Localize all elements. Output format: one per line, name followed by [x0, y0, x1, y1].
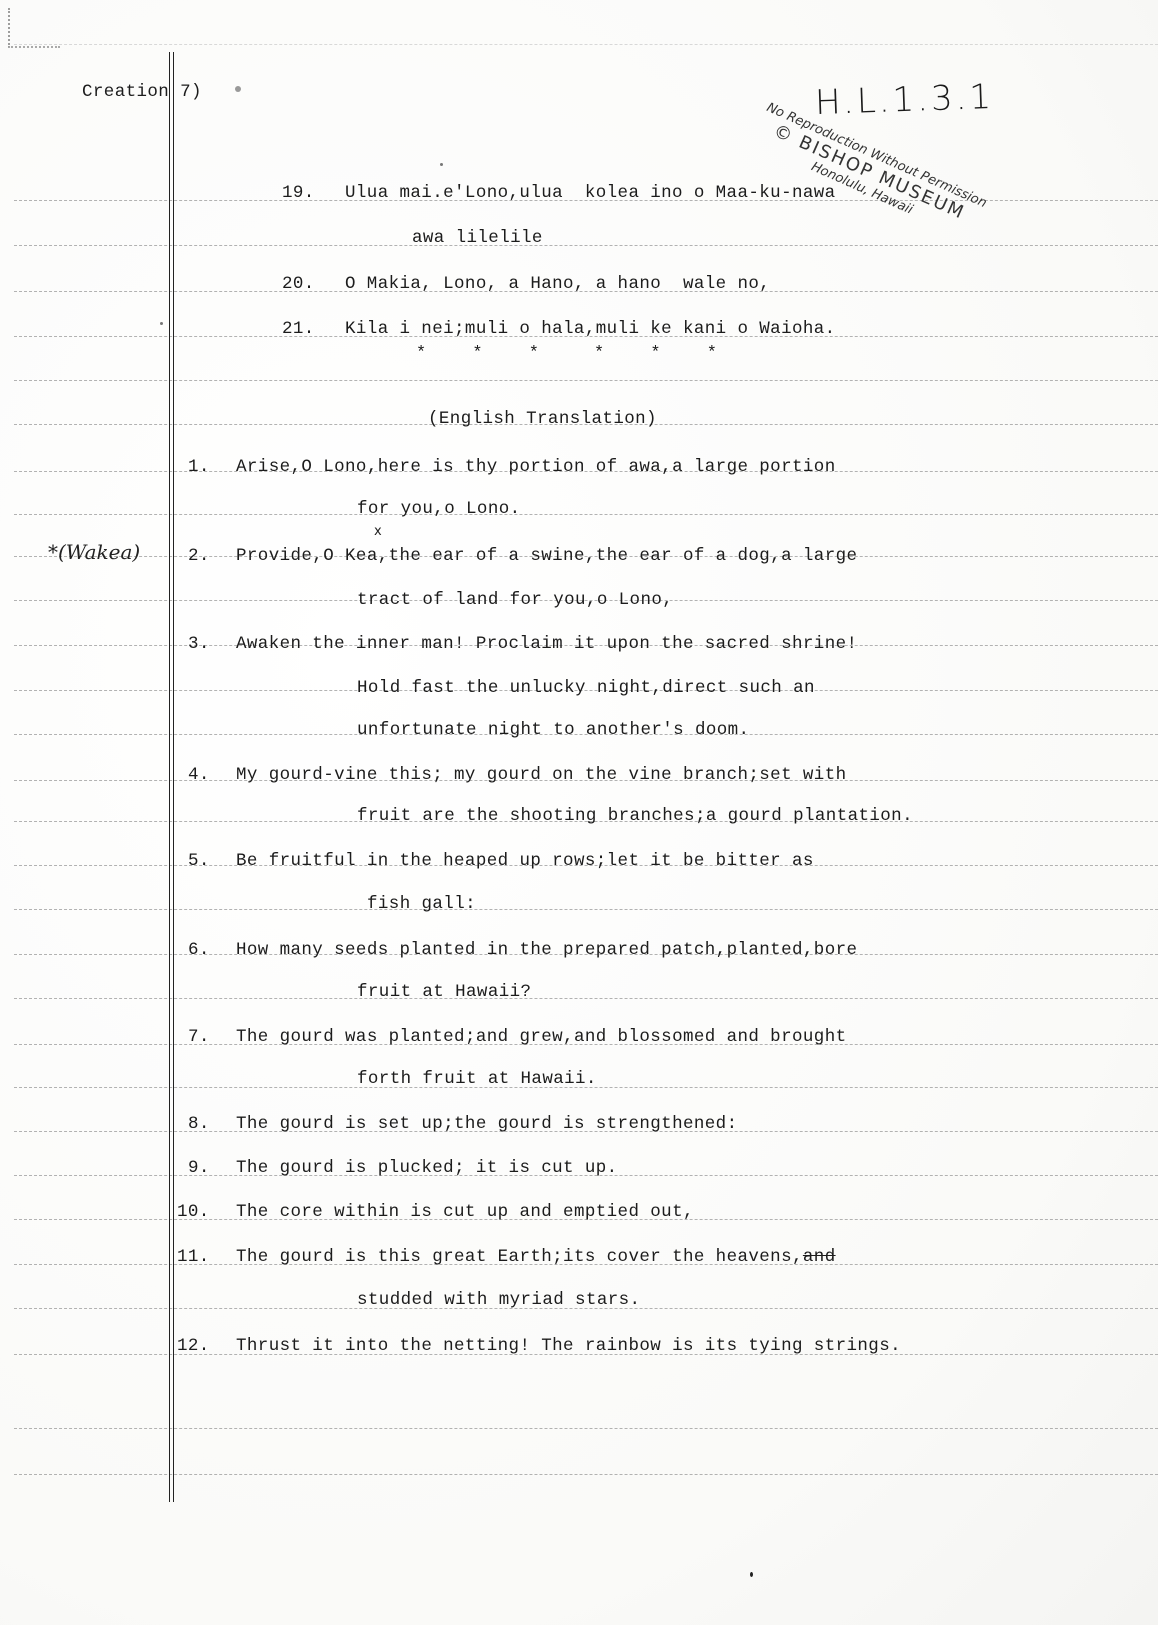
- verse-line: tract of land for you,o Lono,: [357, 590, 673, 610]
- verse-number: 1.: [188, 457, 210, 477]
- verse-line: My gourd-vine this; my gourd on the vine…: [236, 765, 847, 785]
- verse-line: Ulua mai.e'Lono,ulua kolea ino o Maa-ku-…: [345, 183, 836, 203]
- verse-line: Awaken the inner man! Proclaim it upon t…: [236, 634, 857, 654]
- verse-line: The gourd was planted;and grew,and bloss…: [236, 1027, 847, 1047]
- catalog-reference: H.L.1.3.1: [814, 77, 994, 123]
- ruled-line: [14, 514, 1158, 515]
- scan-corner-mark: [8, 8, 60, 48]
- stamp-line-2: © BISHOP MUSEUM: [755, 114, 983, 231]
- ruled-line: [14, 1474, 1158, 1475]
- verse-line: studded with myriad stars.: [357, 1290, 640, 1310]
- verse-line: O Makia, Lono, a Hano, a hano wale no,: [345, 274, 770, 294]
- verse-line: unfortunate night to another's doom.: [357, 720, 749, 740]
- ruled-line: [14, 1428, 1158, 1429]
- speck: [750, 1572, 753, 1577]
- ruled-line: [14, 245, 1158, 246]
- verse-line: The gourd is this great Earth;its cover …: [236, 1247, 836, 1267]
- margin-annotation: *(Wakea): [48, 540, 140, 564]
- verse-line-text: The gourd is this great Earth;its cover …: [236, 1247, 803, 1267]
- verse-number: 11.: [177, 1247, 210, 1267]
- speck: [440, 163, 443, 166]
- verse-line: The gourd is set up;the gourd is strengt…: [236, 1114, 737, 1134]
- verse-line: The gourd is plucked; it is cut up.: [236, 1158, 618, 1178]
- verse-number: 3.: [188, 634, 210, 654]
- verse-line: Hold fast the unlucky night,direct such …: [357, 678, 815, 698]
- verse-line: The core within is cut up and emptied ou…: [236, 1202, 694, 1222]
- verse-line: Kila i nei;muli o hala,muli ke kani o Wa…: [345, 319, 836, 339]
- insertion-mark: x: [374, 524, 382, 539]
- verse-line: Arise,O Lono,here is thy portion of awa,…: [236, 457, 836, 477]
- verse-line: forth fruit at Hawaii.: [357, 1069, 597, 1089]
- verse-line: How many seeds planted in the prepared p…: [236, 940, 857, 960]
- verse-line: fruit are the shooting branches;a gourd …: [357, 806, 913, 826]
- ruled-line: [14, 44, 1158, 45]
- margin-line-left: [169, 52, 170, 1502]
- verse-line: Provide,O Kea,the ear of a swine,the ear…: [236, 546, 857, 566]
- verse-line: awa lilelile: [412, 228, 543, 248]
- typescript-page: Creation 7) H.L.1.3.1 No Reproduction Wi…: [0, 0, 1158, 1625]
- section-separator: * * *: [594, 344, 735, 363]
- section-heading: (English Translation): [428, 409, 657, 429]
- page-header-title: Creation 7): [82, 82, 202, 102]
- verse-number: 2.: [188, 546, 210, 566]
- margin-line-right: [173, 52, 174, 1502]
- verse-number: 9.: [188, 1158, 210, 1178]
- ruled-line: [14, 909, 1158, 910]
- verse-number: 19.: [282, 183, 315, 203]
- speck: [235, 86, 241, 92]
- verse-line: for you,o Lono.: [357, 499, 521, 519]
- verse-number: 10.: [177, 1202, 210, 1222]
- verse-number: 8.: [188, 1114, 210, 1134]
- verse-number: 7.: [188, 1027, 210, 1047]
- verse-number: 4.: [188, 765, 210, 785]
- struck-word: and: [803, 1247, 836, 1267]
- verse-number: 20.: [282, 274, 315, 294]
- ruled-line: [14, 998, 1158, 999]
- verse-number: 5.: [188, 851, 210, 871]
- verse-number: 12.: [177, 1336, 210, 1356]
- section-separator: * * *: [416, 344, 557, 363]
- verse-number: 6.: [188, 940, 210, 960]
- copyright-stamp: No Reproduction Without Permission © BIS…: [749, 100, 989, 244]
- verse-line: Be fruitful in the heaped up rows;let it…: [236, 851, 814, 871]
- verse-line: Thrust it into the netting! The rainbow …: [236, 1336, 901, 1356]
- verse-number: 21.: [282, 319, 315, 339]
- verse-line: fish gall:: [367, 894, 476, 914]
- verse-line: fruit at Hawaii?: [357, 982, 531, 1002]
- speck: [160, 322, 163, 325]
- ruled-line: [14, 380, 1158, 381]
